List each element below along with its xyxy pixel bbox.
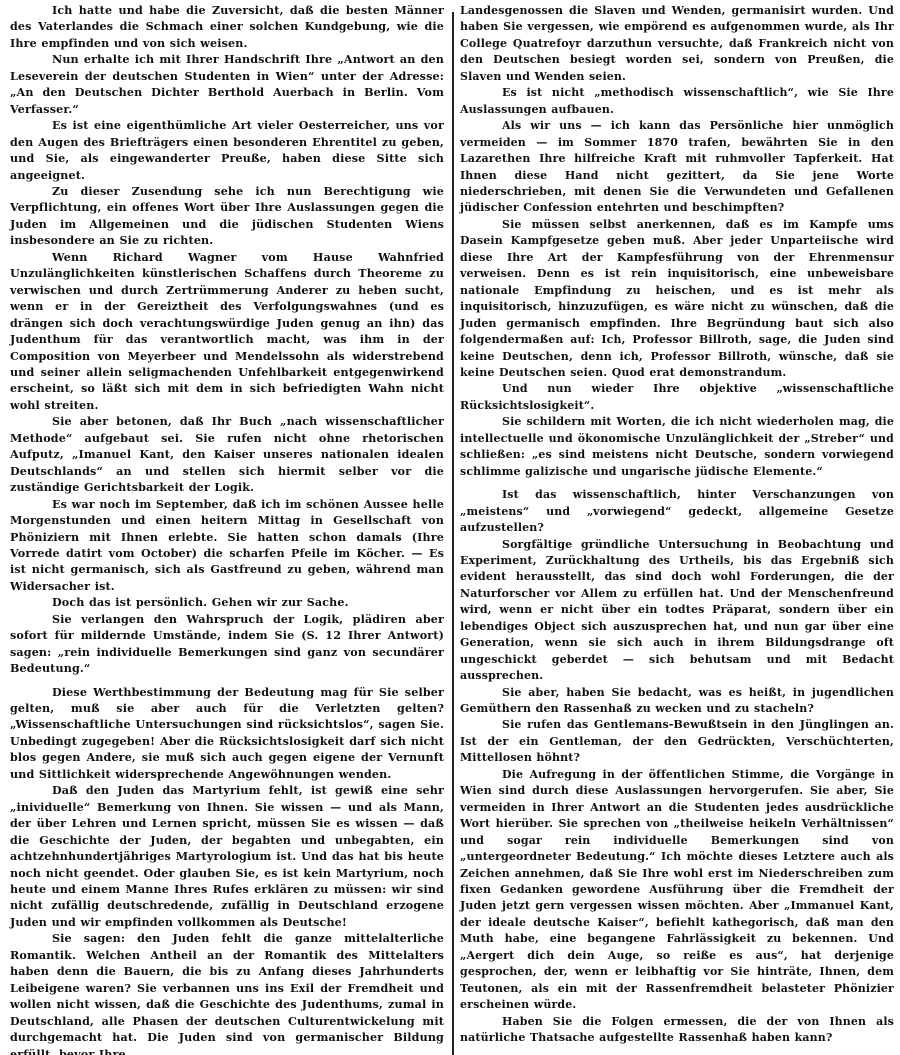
paragraph: Wenn Richard Wagner vom Hause Wahnfried … <box>10 250 444 415</box>
paragraph: Ich hatte und habe die Zuversicht, daß d… <box>10 3 444 52</box>
paragraph: Sorgfältige gründliche Untersuchung in B… <box>460 537 894 685</box>
paragraph: Sie verlangen den Wahrspruch der Logik, … <box>10 612 444 678</box>
paragraph: Nun erhalte ich mit Ihrer Handschrift Ih… <box>10 52 444 118</box>
column-divider <box>452 12 454 1055</box>
paragraph: Diese Werthbestimmung der Bedeutung mag … <box>10 685 444 784</box>
paragraph: Doch das ist persönlich. Gehen wir zur S… <box>10 595 444 611</box>
paragraph: Und nun wieder Ihre objektive „wissensch… <box>460 381 894 414</box>
paragraph: Sie schildern mit Worten, die ich nicht … <box>460 414 894 480</box>
paragraph: Die Aufregung in der öffentlichen Stimme… <box>460 767 894 1014</box>
paragraph: Sie rufen das Gentlemans-Bewußtsein in d… <box>460 717 894 766</box>
paragraph: Landesgenossen die Slaven und Wenden, ge… <box>460 3 894 85</box>
paragraph: Es ist eine eigenthümliche Art vieler Oe… <box>10 118 444 184</box>
paragraph: Sie sagen: den Juden fehlt die ganze mit… <box>10 931 444 1055</box>
text-column-left: Ich hatte und habe die Zuversicht, daß d… <box>10 3 444 1055</box>
paragraph: Es ist nicht „methodisch wissenschaftlic… <box>460 85 894 118</box>
paragraph: Es war noch im September, daß ich im sch… <box>10 497 444 596</box>
paragraph: Ist das wissenschaftlich, hinter Verscha… <box>460 487 894 536</box>
paragraph: Daß den Juden das Martyrium fehlt, ist g… <box>10 783 444 931</box>
text-column-right: Landesgenossen die Slaven und Wenden, ge… <box>460 3 894 1047</box>
paragraph: Sie aber, haben Sie bedacht, was es heiß… <box>460 685 894 718</box>
paragraph: Sie aber betonen, daß Ihr Buch „nach wis… <box>10 414 444 496</box>
paragraph: Als wir uns — ich kann das Persönliche h… <box>460 118 894 217</box>
paragraph: Zu dieser Zusendung sehe ich nun Berecht… <box>10 184 444 250</box>
newspaper-page: Ich hatte und habe die Zuversicht, daß d… <box>0 0 900 1055</box>
paragraph: Sie müssen selbst anerkennen, daß es im … <box>460 217 894 382</box>
paragraph: Haben Sie die Folgen ermessen, die der v… <box>460 1014 894 1047</box>
